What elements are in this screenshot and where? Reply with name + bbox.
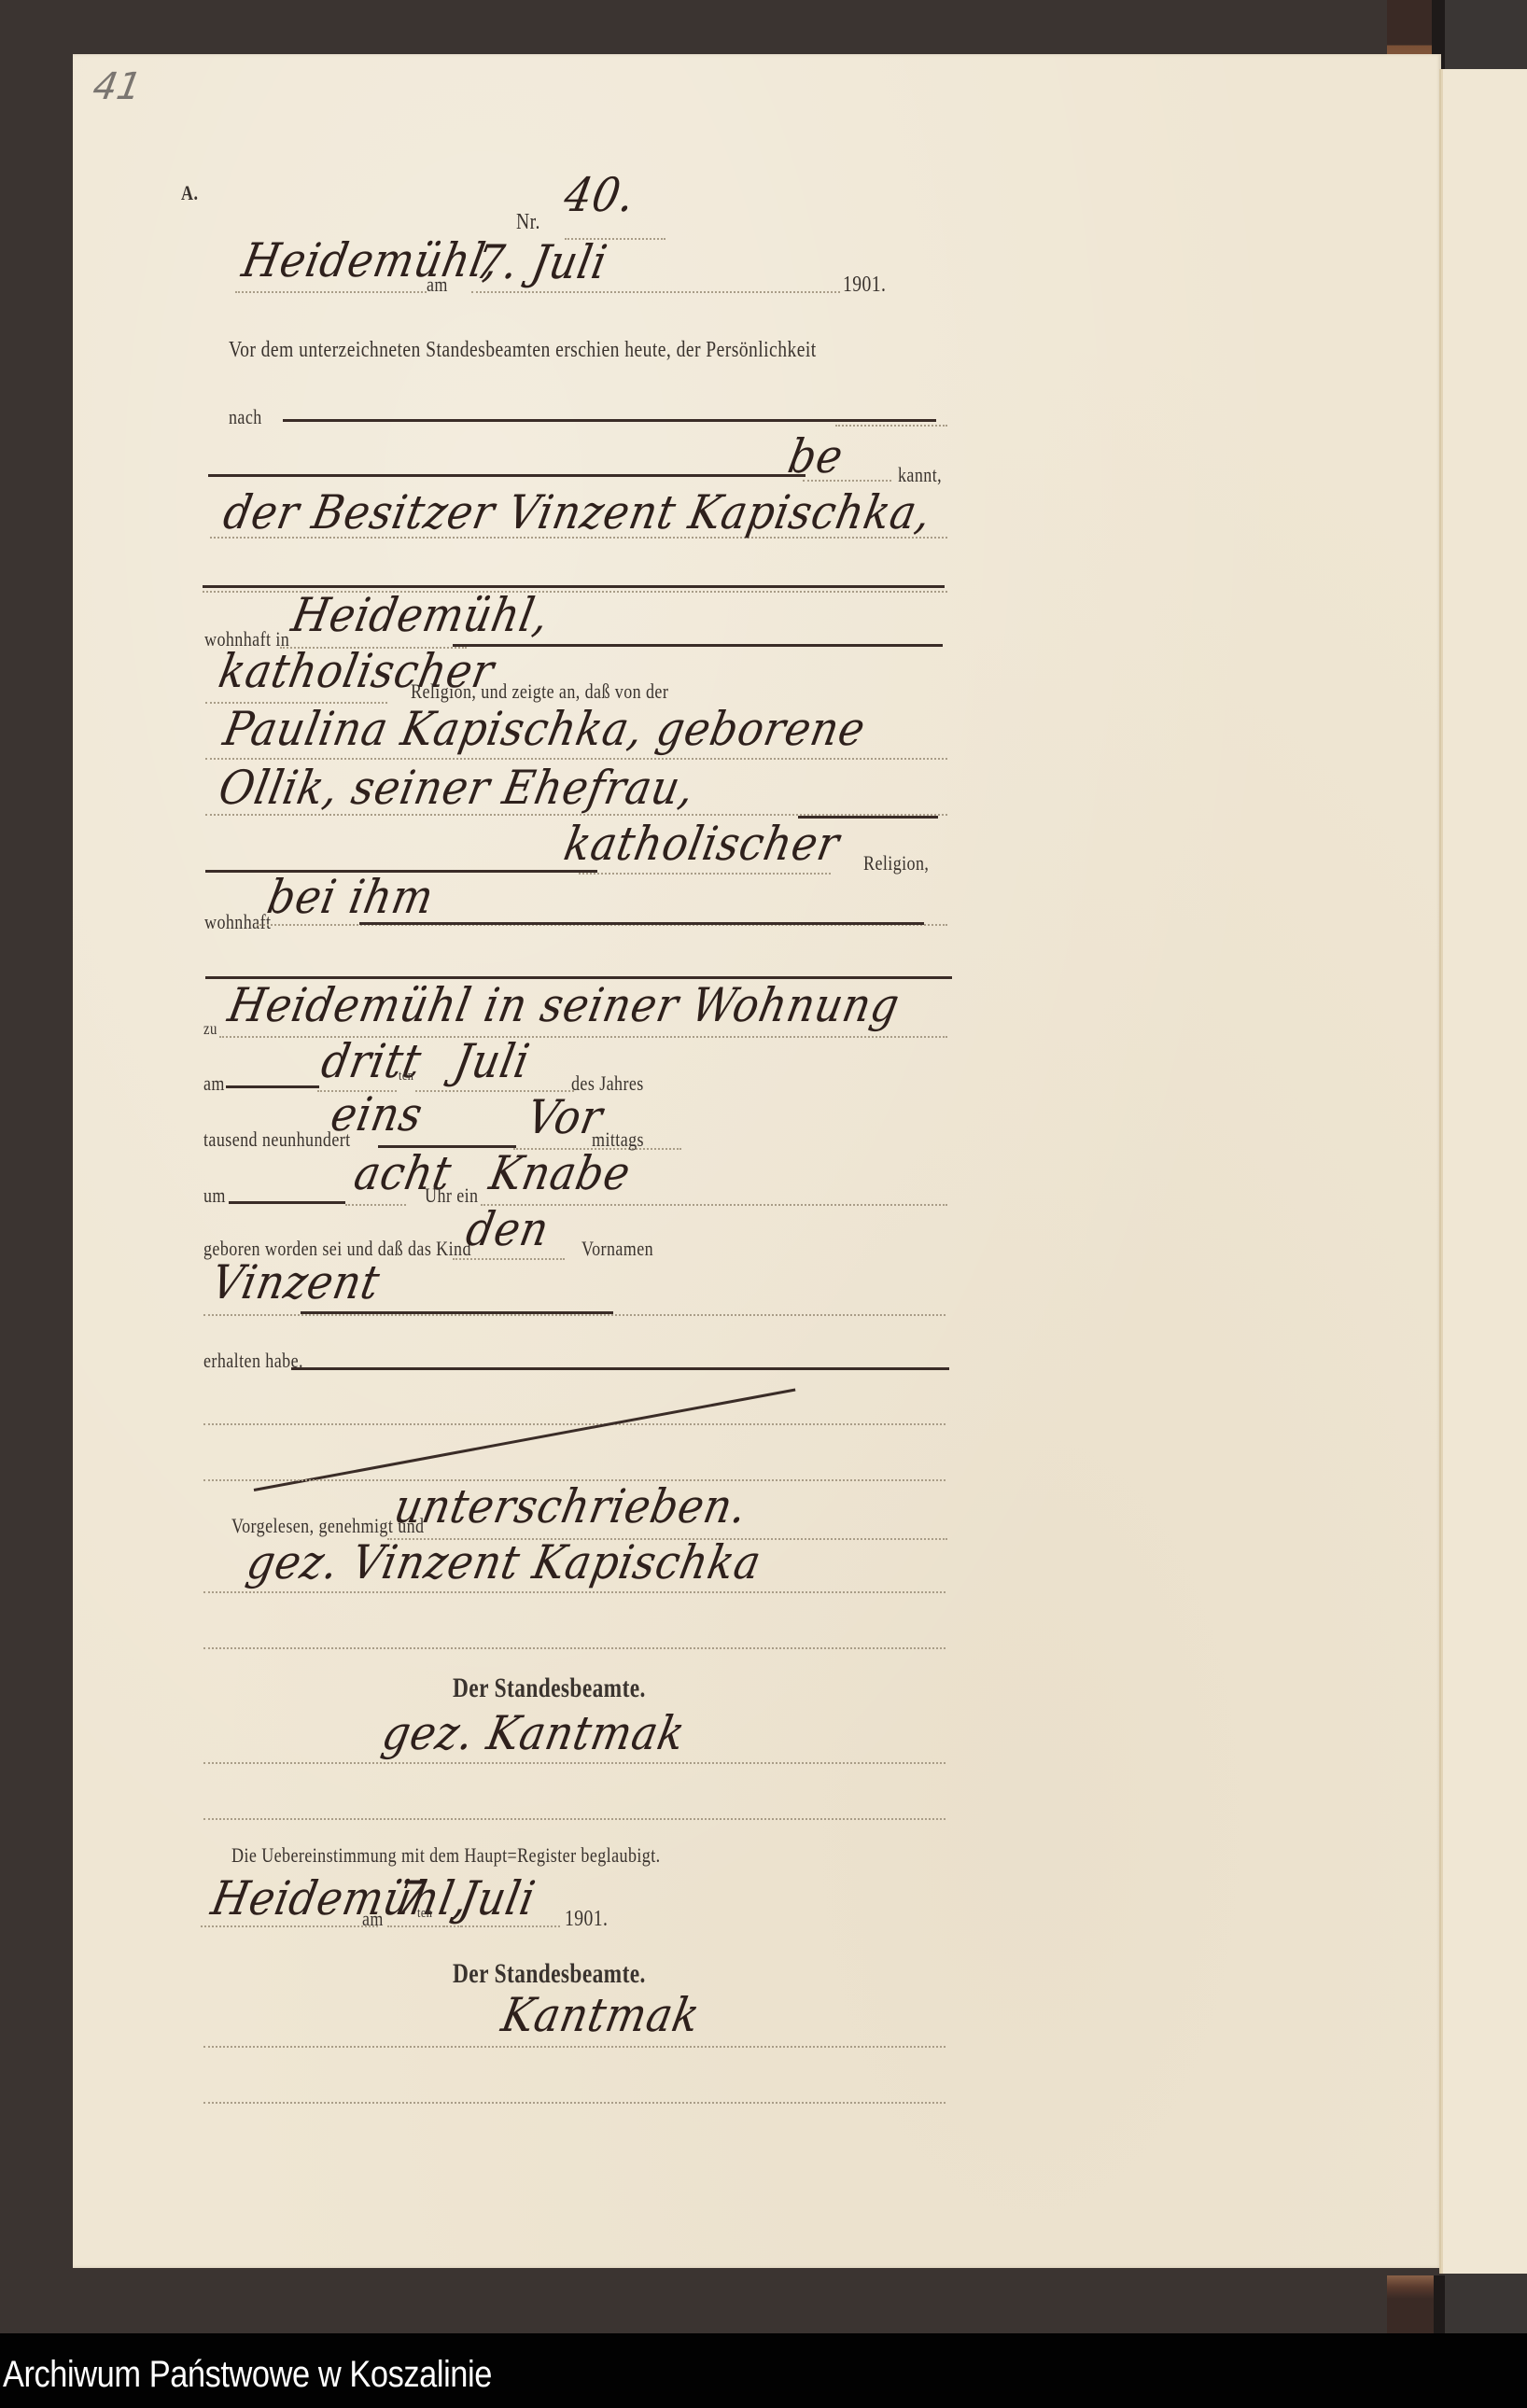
page-number: 41 [90, 65, 145, 108]
book-binding-bottom [1387, 2275, 1445, 2333]
registrar-signature-2: Kantmak [497, 1988, 705, 2042]
nach-line [283, 419, 936, 422]
informant-signature: gez. Vinzent Kapischka [243, 1535, 765, 1589]
blank-dotted-1 [203, 1423, 946, 1425]
place-value: Heidemühl, [238, 233, 504, 287]
birth-month: Juli [450, 1034, 535, 1088]
certification-text: Die Uebereinstimmung mit dem Haupt=Regis… [231, 1843, 661, 1868]
ten-label: ten [399, 1069, 413, 1085]
page-fold [1439, 69, 1441, 2274]
birth-year-word: eins [327, 1087, 427, 1141]
mother-line2: Ollik, seiner Ehefrau, [215, 761, 699, 815]
mother-line1: Paulina Kapischka, geborene [219, 702, 870, 756]
cert-month-dotted [443, 1925, 560, 1927]
birth-place: Heidemühl in seiner Wohnung [224, 978, 904, 1032]
child-name-solid [301, 1311, 613, 1314]
cert-am-label: am [362, 1907, 384, 1931]
mother-religion-dotted [579, 873, 831, 875]
intro-text: Vor dem unterzeichneten Standesbeamten e… [229, 338, 817, 363]
child-sex: Knabe [485, 1146, 635, 1200]
record-number-label: Nr. [516, 210, 540, 235]
vornamen-label: Vornamen [581, 1237, 653, 1261]
child-name-dotted [203, 1314, 946, 1316]
document-page [73, 54, 1441, 2268]
registrar-heading-2: Der Standesbeamte. [453, 1958, 646, 1990]
cert-place: Heidemühl, [207, 1871, 473, 1925]
mother-line-1 [205, 758, 947, 760]
archive-footer: Archiwum Państwowe w Koszalinie [0, 2333, 1527, 2408]
vorgelesen-value: unterschrieben. [390, 1479, 751, 1533]
zu-label: zu [203, 1019, 217, 1039]
hour-solid [229, 1201, 345, 1204]
cert-place-dotted [201, 1925, 378, 1927]
registrar-heading-1: Der Standesbeamte. [453, 1673, 646, 1704]
bekannt-hand: be [784, 429, 848, 483]
den-dotted [453, 1258, 565, 1260]
mother-wohnhaft-value: bei ihm [263, 870, 439, 924]
erhalten-label: erhalten habe. [203, 1349, 303, 1373]
date-value: 7. Juli [471, 235, 611, 289]
cert-year: 1901. [565, 1907, 608, 1932]
wohnhaft-in-value: Heidemühl, [287, 588, 553, 642]
registrar-signature-1: gez. Kantmak [378, 1706, 690, 1760]
bekannt-label: kannt, [898, 463, 942, 487]
um-label: um [203, 1183, 226, 1208]
cert-month: Juli [455, 1871, 540, 1925]
child-name: Vinzent [207, 1255, 385, 1309]
nach-line-dotted [835, 425, 947, 427]
day-solid [226, 1085, 319, 1088]
religion-text: Religion, und zeigte an, daß von der [411, 679, 668, 704]
den-value: den [462, 1202, 553, 1256]
uhr-ein-label: Uhr ein [425, 1183, 478, 1208]
scanner-background-right-bottom [1445, 2272, 1527, 2333]
archive-name: Archiwum Państwowe w Koszalinie [3, 2354, 492, 2396]
am-label: am [427, 273, 448, 297]
place-line [235, 291, 427, 293]
erhalten-solid [291, 1367, 949, 1370]
mother-wohnhaft-solid [359, 922, 924, 925]
am-label-2: am [203, 1071, 225, 1096]
blank-dotted-4 [203, 1818, 946, 1820]
blank-dotted-3 [203, 1647, 946, 1649]
scanner-background-right [1445, 0, 1527, 71]
blank-dotted-5 [203, 2102, 946, 2104]
mother-wohnhaft-label: wohnhaft [204, 910, 271, 934]
record-number: 40. [560, 168, 639, 222]
signature-dotted [203, 1591, 946, 1593]
adjacent-page-edge [1441, 69, 1527, 2274]
mother-religion-value: katholischer [560, 817, 844, 871]
registrar-dotted-1 [203, 1762, 946, 1764]
mother-religion-label: Religion, [863, 851, 929, 875]
hour-dotted [345, 1204, 406, 1206]
year-value: 1901. [843, 273, 886, 298]
registrar-dotted-2 [203, 2046, 946, 2048]
cert-ten-label: ten [417, 1906, 432, 1922]
date-line [471, 291, 840, 293]
form-letter: A. [181, 181, 198, 205]
wohnhaft-line [453, 644, 943, 647]
informant-value: der Besitzer Vinzent Kapischka, [219, 485, 936, 539]
nach-label: nach [229, 405, 262, 429]
bekannt-line [208, 474, 806, 477]
